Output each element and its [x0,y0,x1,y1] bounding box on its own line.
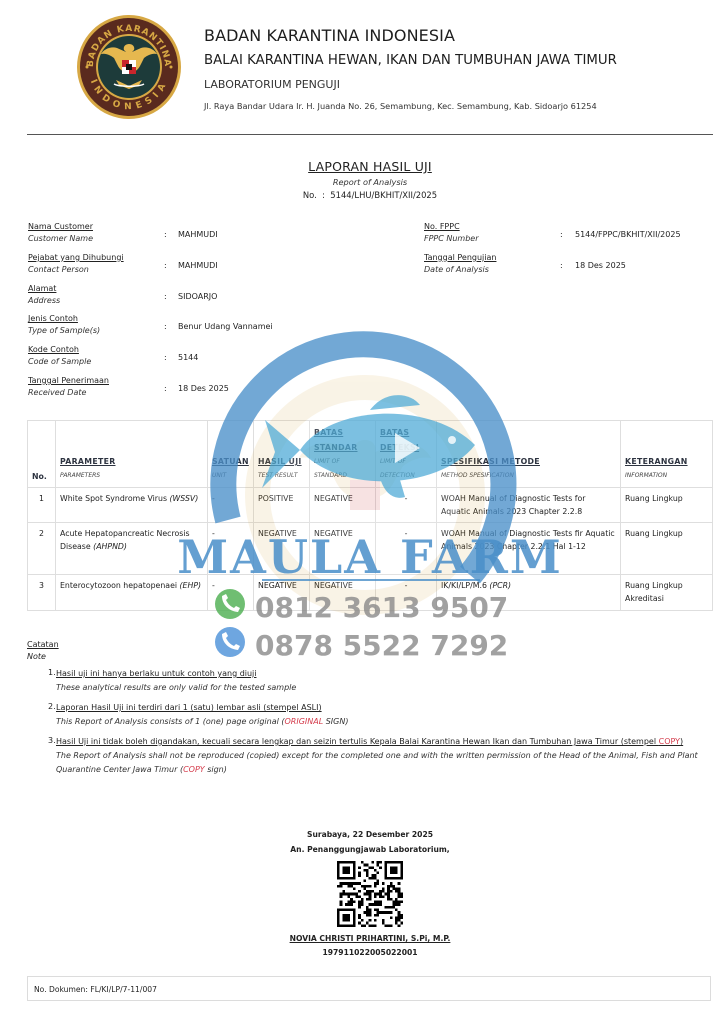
colon: : [164,261,167,270]
info-label: AlamatAddress [28,284,60,305]
agency-address: Jl. Raya Bandar Udara Ir. H. Juanda No. … [204,101,597,111]
cell-no: 2 [28,523,56,575]
info-value: 18 Des 2025 [575,261,626,270]
copy-highlight: COPY [183,765,205,774]
info-field: Pejabat yang DihubungiContact Person:MAH… [28,253,328,281]
info-field: AlamatAddress:SIDOARJO [28,284,328,312]
colon: : [560,261,563,270]
copy-highlight: COPY [659,737,680,746]
info-label: Tanggal PenerimaanReceived Date [28,376,109,397]
cell-unit: - [208,575,254,611]
notes-section: Catatan Note 1. Hasil uji ini hanya berl… [27,640,717,777]
colon: : [164,230,167,239]
cell-result: NEGATIVE [254,523,310,575]
cell-no: 1 [28,488,56,523]
agency-logo-icon: BADAN KARANTINA INDONESIA [76,14,182,120]
report-number-value: 5144/LHU/BKHIT/XII/2025 [330,190,437,200]
colon: : [560,230,563,239]
cell-parameter: White Spot Syndrome Virus (WSSV) [56,488,208,523]
signatory-nip: 197911022005022001 [0,948,720,957]
header-method: SPESIFIKASI METODEMETHOD SPESIFICATION [437,421,621,488]
info-field: Tanggal PengujianDate of Analysis:18 Des… [424,253,720,281]
note-item: 2. Laporan Hasil Uji ini terdiri dari 1 … [56,702,717,729]
note-text: Hasil uji ini hanya berlaku untuk contoh… [56,668,717,680]
cell-method: WOAH Manual of Diagnostic Tests for Aqua… [437,488,621,523]
info-label: No. FPPCFPPC Number [424,222,479,243]
cell-no: 3 [28,575,56,611]
cell-unit: - [208,488,254,523]
info-value: 5144/FPPC/BKHIT/XII/2025 [575,230,681,239]
table-row: 3Enterocytozoon hepatopenaei (EHP)-NEGAT… [28,575,713,611]
cell-parameter: Acute Hepatopancreatic Necrosis Disease … [56,523,208,575]
info-value: Benur Udang Vannamei [178,322,273,331]
cell-method: WOAH Manual of Diagnostic Tests fir Aqua… [437,523,621,575]
cell-standard: NEGATIVE [310,523,376,575]
colon: : [322,190,325,200]
table-row: 2Acute Hepatopancreatic Necrosis Disease… [28,523,713,575]
header-parameter: PARAMETERPARAMETERS [56,421,208,488]
cell-unit: - [208,523,254,575]
cell-detection: - [376,488,437,523]
table-header-row: No. PARAMETERPARAMETERS SATUANUNIT HASIL… [28,421,713,488]
info-field: Tanggal PenerimaanReceived Date:18 Des 2… [28,376,328,404]
info-field: Jenis ContohType of Sample(s):Benur Udan… [28,314,328,342]
cell-parameter: Enterocytozoon hepatopenaei (EHP) [56,575,208,611]
qr-code-icon [337,861,403,927]
cell-result: NEGATIVE [254,575,310,611]
center-name: BALAI KARANTINA HEWAN, IKAN DAN TUMBUHAN… [204,53,617,68]
notes-heading-en: Note [27,652,717,661]
colon: : [164,292,167,301]
info-label: Tanggal PengujianDate of Analysis [424,253,496,274]
note-text: Laporan Hasil Uji ini terdiri dari 1 (sa… [56,702,717,714]
sign-place-date: Surabaya, 22 Desember 2025 [0,830,720,839]
cell-standard: NEGATIVE [310,488,376,523]
cell-information: Ruang Lingkup [621,488,713,523]
header-limit-detection: BATASDETEKSILIMIT OFDETECTION [376,421,437,488]
info-field: No. FPPCFPPC Number:5144/FPPC/BKHIT/XII/… [424,222,720,250]
info-label: Pejabat yang DihubungiContact Person [28,253,124,274]
info-value: 18 Des 2025 [178,384,229,393]
colon: : [164,384,167,393]
info-value: MAHMUDI [178,230,218,239]
original-highlight: ORIGINAL [285,717,324,726]
note-text-en: This Report of Analysis consists of 1 (o… [56,715,717,729]
cell-result: POSITIVE [254,488,310,523]
info-label: Jenis ContohType of Sample(s) [28,314,100,335]
info-label: Kode ContohCode of Sample [28,345,91,366]
info-value: 5144 [178,353,198,362]
cell-detection: - [376,575,437,611]
note-item: 3. Hasil Uji ini tidak boleh digandakan,… [56,736,717,777]
note-text-en: These analytical results are only valid … [56,681,717,695]
note-number: 1. [48,668,56,677]
table-row: 1White Spot Syndrome Virus (WSSV)-POSITI… [28,488,713,523]
cell-information: Ruang Lingkup [621,523,713,575]
info-value: SIDOARJO [178,292,217,301]
note-item: 1. Hasil uji ini hanya berlaku untuk con… [56,668,717,695]
notes-heading: Catatan [27,640,717,649]
document-number: No. Dokumen: FL/KI/LP/7-11/007 [27,976,711,1001]
note-text-en: The Report of Analysis shall not be repr… [56,749,717,777]
info-value: MAHMUDI [178,261,218,270]
note-number: 2. [48,702,56,711]
info-field: Nama CustomerCustomer Name:MAHMUDI [28,222,328,250]
signatory-name: NOVIA CHRISTI PRIHARTINI, S.Pi, M.P. [0,934,720,943]
lab-name: LABORATORIUM PENGUJI [204,78,340,91]
cell-standard: NEGATIVE [310,575,376,611]
header-unit: SATUANUNIT [208,421,254,488]
colon: : [164,322,167,331]
header-no: No. [28,421,56,488]
header-limit-standard: BATASSTANDARLIMIT OFSTANDARD [310,421,376,488]
note-text: Hasil Uji ini tidak boleh digandakan, ke… [56,736,717,748]
report-number-label: No. [303,190,317,200]
agency-name: BADAN KARANTINA INDONESIA [204,26,455,45]
sign-on-behalf: An. Penanggungjawab Laboratorium, [0,845,720,854]
colon: : [164,353,167,362]
header-test-result: HASIL UJITEST RESULT [254,421,310,488]
header-divider [27,134,713,135]
notes-list: 1. Hasil uji ini hanya berlaku untuk con… [56,668,717,777]
results-table: No. PARAMETERPARAMETERS SATUANUNIT HASIL… [27,420,713,611]
info-label: Nama CustomerCustomer Name [28,222,93,243]
cell-detection: - [376,523,437,575]
cell-information: Ruang Lingkup Akreditasi [621,575,713,611]
cell-method: IK/KI/LP/M.6 (PCR) [437,575,621,611]
report-subtitle: Report of Analysis [0,177,720,187]
note-number: 3. [48,736,56,745]
info-field: Kode ContohCode of Sample:5144 [28,345,328,373]
report-title: LAPORAN HASIL UJI [0,159,720,174]
report-number: No. : 5144/LHU/BKHIT/XII/2025 [0,190,720,200]
header-information: KETERANGANINFORMATION [621,421,713,488]
